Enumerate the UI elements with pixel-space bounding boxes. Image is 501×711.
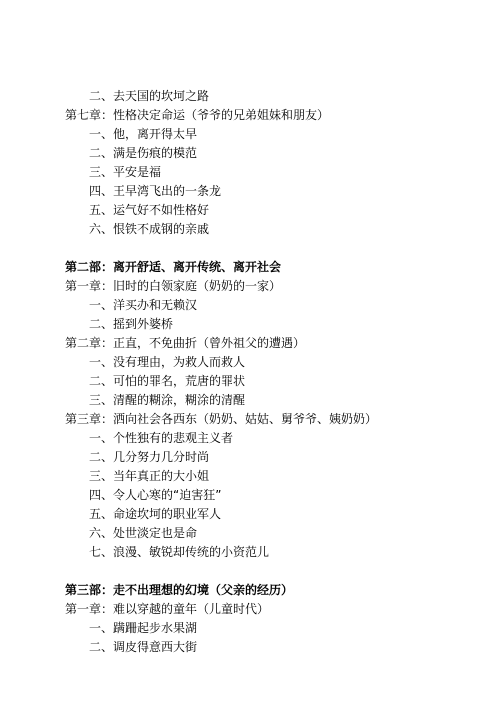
- toc-section: 四、王早湾飞出的一条龙: [65, 182, 485, 201]
- toc-section: 四、令人心寒的“迫害狂”: [65, 486, 485, 505]
- toc-section: 三、当年真正的大小姐: [65, 467, 485, 486]
- toc-section: 二、可怕的罪名，荒唐的罪状: [65, 372, 485, 391]
- toc-section: 二、满是伤痕的模范: [65, 144, 485, 163]
- toc-chapter: 第一章：旧时的白领家庭（奶奶的一家）: [65, 277, 485, 296]
- toc-section: 三、平安是福: [65, 163, 485, 182]
- toc-section: 一、蹒跚起步水果湖: [65, 619, 485, 638]
- blank-line: [65, 239, 485, 258]
- toc-section: 二、去天国的坎坷之路: [65, 87, 485, 106]
- toc-section: 六、处世淡定也是命: [65, 524, 485, 543]
- toc-chapter: 第一章：难以穿越的童年（儿童时代）: [65, 600, 485, 619]
- toc-section: 一、没有理由，为救人而救人: [65, 353, 485, 372]
- toc-section: 六、恨铁不成钢的亲戚: [65, 220, 485, 239]
- toc-chapter: 第二章：正直，不免曲折（曾外祖父的遭遇）: [65, 334, 485, 353]
- toc-section: 七、浪漫、敏锐却传统的小资范儿: [65, 543, 485, 562]
- toc-section: 一、洋买办和无赖汉: [65, 296, 485, 315]
- toc-section: 二、摇到外婆桥: [65, 315, 485, 334]
- blank-line: [65, 562, 485, 581]
- toc-part-heading: 第三部：走不出理想的幻境（父亲的经历）: [65, 581, 485, 600]
- toc-part-heading: 第二部：离开舒适、离开传统、离开社会: [65, 258, 485, 277]
- toc-section: 五、运气好不如性格好: [65, 201, 485, 220]
- toc-chapter: 第七章：性格决定命运（爷爷的兄弟姐妹和朋友）: [65, 106, 485, 125]
- toc-section: 一、个性独有的悲观主义者: [65, 429, 485, 448]
- toc-section: 五、命途坎坷的职业军人: [65, 505, 485, 524]
- toc-section: 二、几分努力几分时尚: [65, 448, 485, 467]
- toc-section: 三、清醒的糊涂，糊涂的清醒: [65, 391, 485, 410]
- toc-section: 二、调皮得意西大街: [65, 638, 485, 657]
- table-of-contents: 二、去天国的坎坷之路 第七章：性格决定命运（爷爷的兄弟姐妹和朋友） 一、他，离开…: [65, 87, 485, 657]
- toc-chapter: 第三章：洒向社会各西东（奶奶、姑姑、舅爷爷、姨奶奶）: [65, 410, 485, 429]
- toc-section: 一、他，离开得太早: [65, 125, 485, 144]
